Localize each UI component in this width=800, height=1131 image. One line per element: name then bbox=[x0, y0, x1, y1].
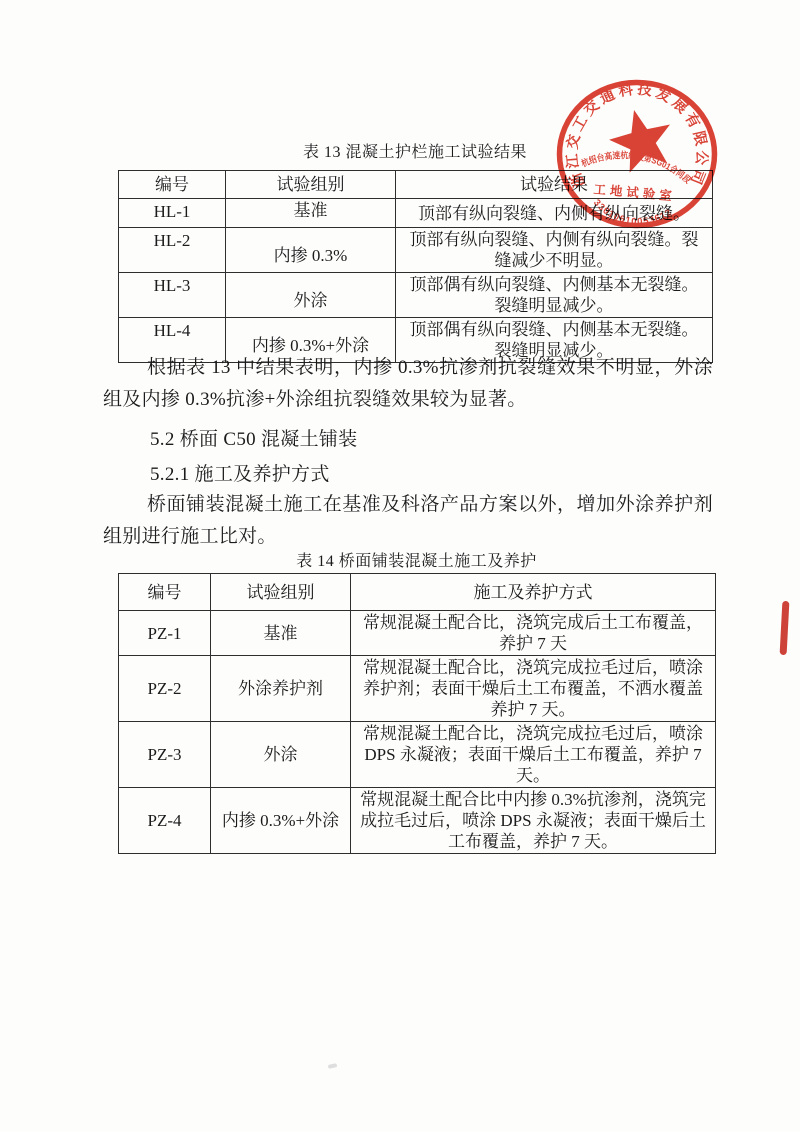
cell-id: HL-3 bbox=[119, 273, 226, 318]
cell-id: PZ-3 bbox=[119, 722, 211, 788]
cell-group: 内掺 0.3% bbox=[226, 228, 396, 273]
scan-speck bbox=[328, 1063, 338, 1069]
cell-id: PZ-1 bbox=[119, 611, 211, 656]
table13-header-row: 编号 试验组别 试验结果 bbox=[119, 171, 713, 199]
table-row: HL-3 外涂 顶部偶有纵向裂缝、内侧基本无裂缝。裂缝明显减少。 bbox=[119, 273, 713, 318]
cell-group: 基准 bbox=[211, 611, 351, 656]
table-row: PZ-4 内掺 0.3%+外涂 常规混凝土配合比中内掺 0.3%抗渗剂，浇筑完成… bbox=[119, 788, 716, 854]
table14-header-group: 试验组别 bbox=[211, 574, 351, 611]
cell-method: 常规混凝土配合比，浇筑完成后土工布覆盖，养护 7 天 bbox=[351, 611, 716, 656]
table14-deck-paving: 编号 试验组别 施工及养护方式 PZ-1 基准 常规混凝土配合比，浇筑完成后土工… bbox=[118, 573, 716, 854]
cell-id: HL-1 bbox=[119, 199, 226, 228]
red-margin-mark bbox=[780, 601, 790, 655]
cell-group: 外涂 bbox=[211, 722, 351, 788]
table-row: HL-2 内掺 0.3% 顶部有纵向裂缝、内侧有纵向裂缝。裂缝减少不明显。 bbox=[119, 228, 713, 273]
cell-result: 顶部偶有纵向裂缝、内侧基本无裂缝。裂缝明显减少。 bbox=[396, 273, 713, 318]
cell-result: 顶部有纵向裂缝、内侧有纵向裂缝。 bbox=[396, 199, 713, 228]
cell-method: 常规混凝土配合比，浇筑完成拉毛过后，喷涂养护剂；表面干燥后土工布覆盖，不洒水覆盖… bbox=[351, 656, 716, 722]
table-row: PZ-3 外涂 常规混凝土配合比，浇筑完成拉毛过后，喷涂 DPS 永凝液；表面干… bbox=[119, 722, 716, 788]
cell-group: 外涂养护剂 bbox=[211, 656, 351, 722]
cell-group: 基准 bbox=[226, 199, 396, 228]
table13-header-id: 编号 bbox=[119, 171, 226, 199]
cell-id: PZ-2 bbox=[119, 656, 211, 722]
cell-id: HL-2 bbox=[119, 228, 226, 273]
table-row: PZ-1 基准 常规混凝土配合比，浇筑完成后土工布覆盖，养护 7 天 bbox=[119, 611, 716, 656]
table14-title: 表 14 桥面铺装混凝土施工及养护 bbox=[118, 548, 715, 571]
table13-header-result: 试验结果 bbox=[396, 171, 713, 199]
table14-header-id: 编号 bbox=[119, 574, 211, 611]
cell-group: 外涂 bbox=[226, 273, 396, 318]
section-heading-5-2-1: 5.2.1 施工及养护方式 bbox=[150, 459, 330, 486]
cell-method: 常规混凝土配合比中内掺 0.3%抗渗剂，浇筑完成拉毛过后，喷涂 DPS 永凝液；… bbox=[351, 788, 716, 854]
cell-id: PZ-4 bbox=[119, 788, 211, 854]
table13-title: 表 13 混凝土护栏施工试验结果 bbox=[118, 139, 712, 162]
table13-header-group: 试验组别 bbox=[226, 171, 396, 199]
table-row: PZ-2 外涂养护剂 常规混凝土配合比，浇筑完成拉毛过后，喷涂养护剂；表面干燥后… bbox=[119, 656, 716, 722]
paragraph-table13-summary: 根据表 13 中结果表明，内掺 0.3%抗渗剂抗裂缝效果不明显，外涂组及内掺 0… bbox=[103, 352, 713, 416]
document-page: 表 13 混凝土护栏施工试验结果 编号 试验组别 试验结果 HL-1 基准 顶部… bbox=[0, 0, 800, 1131]
table-row: HL-1 基准 顶部有纵向裂缝、内侧有纵向裂缝。 bbox=[119, 199, 713, 228]
table14-header-row: 编号 试验组别 施工及养护方式 bbox=[119, 574, 716, 611]
table14-header-method: 施工及养护方式 bbox=[351, 574, 716, 611]
table13-guardrail-results: 编号 试验组别 试验结果 HL-1 基准 顶部有纵向裂缝、内侧有纵向裂缝。 HL… bbox=[118, 170, 713, 363]
cell-result: 顶部有纵向裂缝、内侧有纵向裂缝。裂缝减少不明显。 bbox=[396, 228, 713, 273]
cell-group: 内掺 0.3%+外涂 bbox=[211, 788, 351, 854]
section-heading-5-2: 5.2 桥面 C50 混凝土铺装 bbox=[150, 424, 357, 451]
cell-method: 常规混凝土配合比，浇筑完成拉毛过后，喷涂 DPS 永凝液；表面干燥后土工布覆盖，… bbox=[351, 722, 716, 788]
paragraph-table14-intro: 桥面铺装混凝土施工在基准及科洛产品方案以外，增加外涂养护剂组别进行施工比对。 bbox=[103, 489, 713, 553]
